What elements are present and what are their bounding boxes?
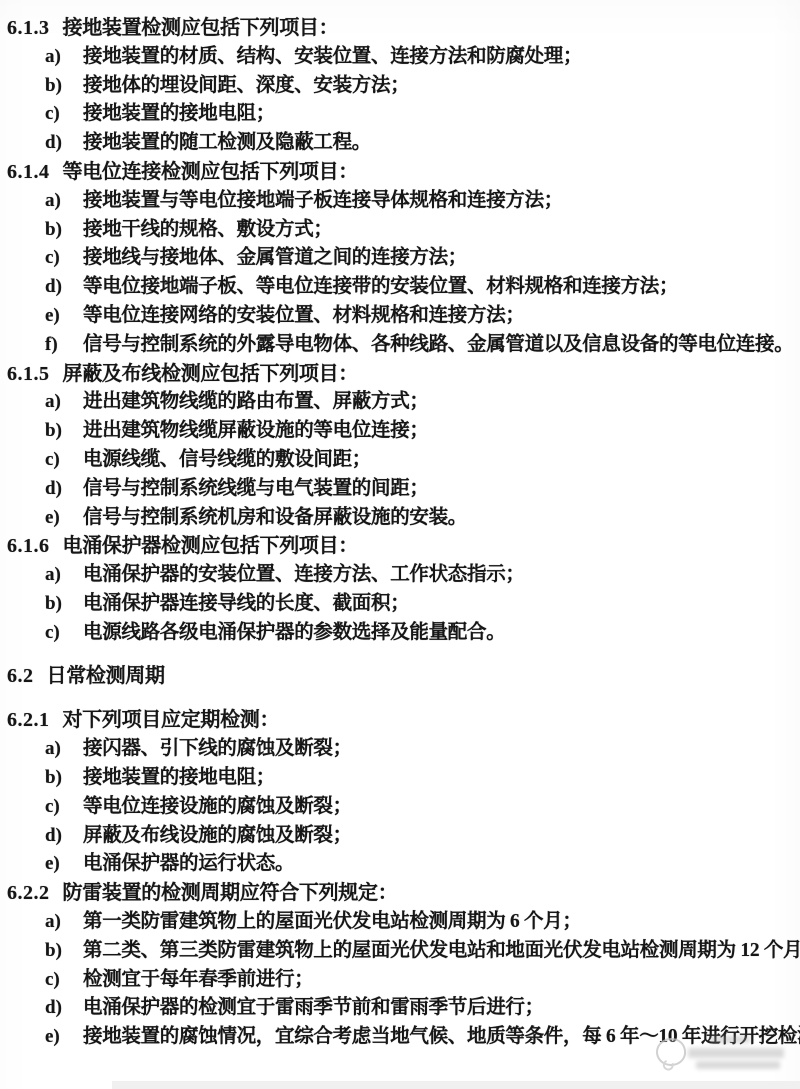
item-label: b) (45, 764, 83, 793)
document-body: 6.1.3接地装置检测应包括下列项目：a)接地装置的材质、结构、安装位置、连接方… (0, 14, 800, 1052)
clause-number: 6.1.5 (7, 360, 50, 389)
clause-number: 6.2.2 (7, 879, 50, 908)
clause-number: 6.1.3 (7, 14, 50, 43)
list-item: e)等电位连接网络的安装位置、材料规格和连接方法； (0, 302, 800, 331)
section-heading: 6.1.5屏蔽及布线检测应包括下列项目： (0, 360, 800, 389)
clause-title: 接地装置检测应包括下列项目： (63, 17, 339, 39)
clause-number: 6.1.4 (7, 158, 50, 187)
item-text: 电源线缆、信号线缆的敷设间距； (83, 449, 371, 470)
item-text: 接地装置的腐蚀情况，宜综合考虑当地气候、地质等条件，每 6 年～10 年进行开挖… (83, 1026, 800, 1047)
item-text: 信号与控制系统机房和设备屏蔽设施的安装。 (83, 507, 467, 528)
item-label: d) (45, 822, 83, 851)
item-label: c) (45, 793, 83, 822)
clause-number: 6.2.1 (7, 706, 50, 735)
item-label: d) (45, 129, 83, 158)
item-text: 等电位连接网络的安装位置、材料规格和连接方法； (83, 305, 525, 326)
list-item: a)进出建筑物线缆的路由布置、屏蔽方式； (0, 388, 800, 417)
list-item: c)电源线路各级电涌保护器的参数选择及能量配合。 (0, 619, 800, 648)
item-label: f) (45, 331, 83, 360)
item-label: a) (45, 735, 83, 764)
list-item: c)检测宜于每年春季前进行； (0, 966, 800, 995)
item-text: 第二类、第三类防雷建筑物上的屋面光伏发电站和地面光伏发电站检测周期为 12 个月… (83, 940, 800, 961)
list-item: c)等电位连接设施的腐蚀及断裂； (0, 793, 800, 822)
list-item: b)接地干线的规格、敷设方式； (0, 216, 800, 245)
list-item: a)第一类防雷建筑物上的屋面光伏发电站检测周期为 6 个月； (0, 908, 800, 937)
list-item: f)信号与控制系统的外露导电物体、各种线路、金属管道以及信息设备的等电位连接。 (0, 331, 800, 360)
item-text: 接闪器、引下线的腐蚀及断裂； (83, 738, 352, 759)
list-item: d)接地装置的随工检测及隐蔽工程。 (0, 129, 800, 158)
clause-number: 6.2 (7, 662, 34, 691)
clause-number: 6.1.6 (7, 532, 50, 561)
item-label: b) (45, 937, 83, 966)
section-heading: 6.2.2防雷装置的检测周期应符合下列规定： (0, 879, 800, 908)
watermark-smudge (696, 1061, 780, 1069)
item-label: b) (45, 590, 83, 619)
item-label: e) (45, 1023, 83, 1052)
clause-title: 对下列项目应定期检测： (63, 709, 280, 731)
clause-title: 防雷装置的检测周期应符合下列规定： (63, 882, 398, 904)
item-label: a) (45, 43, 83, 72)
list-item: c)电源线缆、信号线缆的敷设间距； (0, 446, 800, 475)
list-item: b)进出建筑物线缆屏蔽设施的等电位连接； (0, 417, 800, 446)
item-text: 电源线路各级电涌保护器的参数选择及能量配合。 (83, 622, 505, 643)
item-text: 接地体的埋设间距、深度、安装方法； (83, 75, 409, 96)
section-heading: 6.2日常检测周期 (0, 662, 800, 691)
scan-edge-strip (112, 1081, 800, 1089)
item-text: 接地线与接地体、金属管道之间的连接方法； (83, 247, 467, 268)
item-label: a) (45, 561, 83, 590)
item-text: 等电位接地端子板、等电位连接带的安装位置、材料规格和连接方法； (83, 276, 678, 297)
list-item: c)接地线与接地体、金属管道之间的连接方法； (0, 244, 800, 273)
section-heading: 6.1.3接地装置检测应包括下列项目： (0, 14, 800, 43)
item-text: 进出建筑物线缆屏蔽设施的等电位连接； (83, 420, 429, 441)
item-label: d) (45, 994, 83, 1023)
list-item: b)接地体的埋设间距、深度、安装方法； (0, 72, 800, 101)
item-label: e) (45, 850, 83, 879)
item-label: c) (45, 619, 83, 648)
list-item: a)接闪器、引下线的腐蚀及断裂； (0, 735, 800, 764)
item-text: 进出建筑物线缆的路由布置、屏蔽方式； (83, 391, 429, 412)
item-label: b) (45, 216, 83, 245)
list-item: d)等电位接地端子板、等电位连接带的安装位置、材料规格和连接方法； (0, 273, 800, 302)
item-text: 电涌保护器的运行状态。 (83, 853, 294, 874)
list-item: e)信号与控制系统机房和设备屏蔽设施的安装。 (0, 504, 800, 533)
item-label: b) (45, 417, 83, 446)
list-item: a)电涌保护器的安装位置、连接方法、工作状态指示； (0, 561, 800, 590)
item-text: 屏蔽及布线设施的腐蚀及断裂； (83, 825, 352, 846)
clause-title: 屏蔽及布线检测应包括下列项目： (63, 363, 359, 385)
item-label: c) (45, 244, 83, 273)
item-text: 电涌保护器连接导线的长度、截面积； (83, 593, 409, 614)
item-label: c) (45, 446, 83, 475)
item-label: c) (45, 966, 83, 995)
list-item: b)电涌保护器连接导线的长度、截面积； (0, 590, 800, 619)
item-text: 接地干线的规格、敷设方式； (83, 219, 333, 240)
item-text: 接地装置与等电位接地端子板连接导体规格和连接方法； (83, 190, 563, 211)
clause-title: 等电位连接检测应包括下列项目： (63, 161, 359, 183)
item-label: d) (45, 273, 83, 302)
item-label: a) (45, 908, 83, 937)
item-text: 接地装置的接地电阻； (83, 103, 275, 124)
list-item: e)电涌保护器的运行状态。 (0, 850, 800, 879)
list-item: c)接地装置的接地电阻； (0, 100, 800, 129)
list-item: d)电涌保护器的检测宜于雷雨季节前和雷雨季节后进行； (0, 994, 800, 1023)
list-item: a)接地装置与等电位接地端子板连接导体规格和连接方法； (0, 187, 800, 216)
item-text: 信号与控制系统线缆与电气装置的间距； (83, 478, 429, 499)
item-label: b) (45, 72, 83, 101)
list-item: a)接地装置的材质、结构、安装位置、连接方法和防腐处理； (0, 43, 800, 72)
item-text: 接地装置的材质、结构、安装位置、连接方法和防腐处理； (83, 46, 582, 67)
item-label: a) (45, 187, 83, 216)
item-label: e) (45, 504, 83, 533)
item-text: 电涌保护器的检测宜于雷雨季节前和雷雨季节后进行； (83, 997, 544, 1018)
item-text: 等电位连接设施的腐蚀及断裂； (83, 796, 352, 817)
list-item: b)接地装置的接地电阻； (0, 764, 800, 793)
item-text: 信号与控制系统的外露导电物体、各种线路、金属管道以及信息设备的等电位连接。 (83, 334, 793, 355)
item-label: c) (45, 100, 83, 129)
section-heading: 6.1.4等电位连接检测应包括下列项目： (0, 158, 800, 187)
list-item: e)接地装置的腐蚀情况，宜综合考虑当地气候、地质等条件，每 6 年～10 年进行… (0, 1023, 800, 1052)
item-text: 接地装置的随工检测及隐蔽工程。 (83, 132, 371, 153)
clause-title: 日常检测周期 (47, 665, 165, 687)
list-item: d)屏蔽及布线设施的腐蚀及断裂； (0, 822, 800, 851)
item-label: d) (45, 475, 83, 504)
list-item: d)信号与控制系统线缆与电气装置的间距； (0, 475, 800, 504)
item-label: a) (45, 388, 83, 417)
item-text: 接地装置的接地电阻； (83, 767, 275, 788)
item-text: 电涌保护器的安装位置、连接方法、工作状态指示； (83, 564, 525, 585)
item-text: 检测宜于每年春季前进行； (83, 969, 313, 990)
section-heading: 6.1.6电涌保护器检测应包括下列项目： (0, 532, 800, 561)
section-heading: 6.2.1对下列项目应定期检测： (0, 706, 800, 735)
clause-title: 电涌保护器检测应包括下列项目： (63, 535, 359, 557)
item-label: e) (45, 302, 83, 331)
list-item: b)第二类、第三类防雷建筑物上的屋面光伏发电站和地面光伏发电站检测周期为 12 … (0, 937, 800, 966)
item-text: 第一类防雷建筑物上的屋面光伏发电站检测周期为 6 个月； (83, 911, 582, 932)
